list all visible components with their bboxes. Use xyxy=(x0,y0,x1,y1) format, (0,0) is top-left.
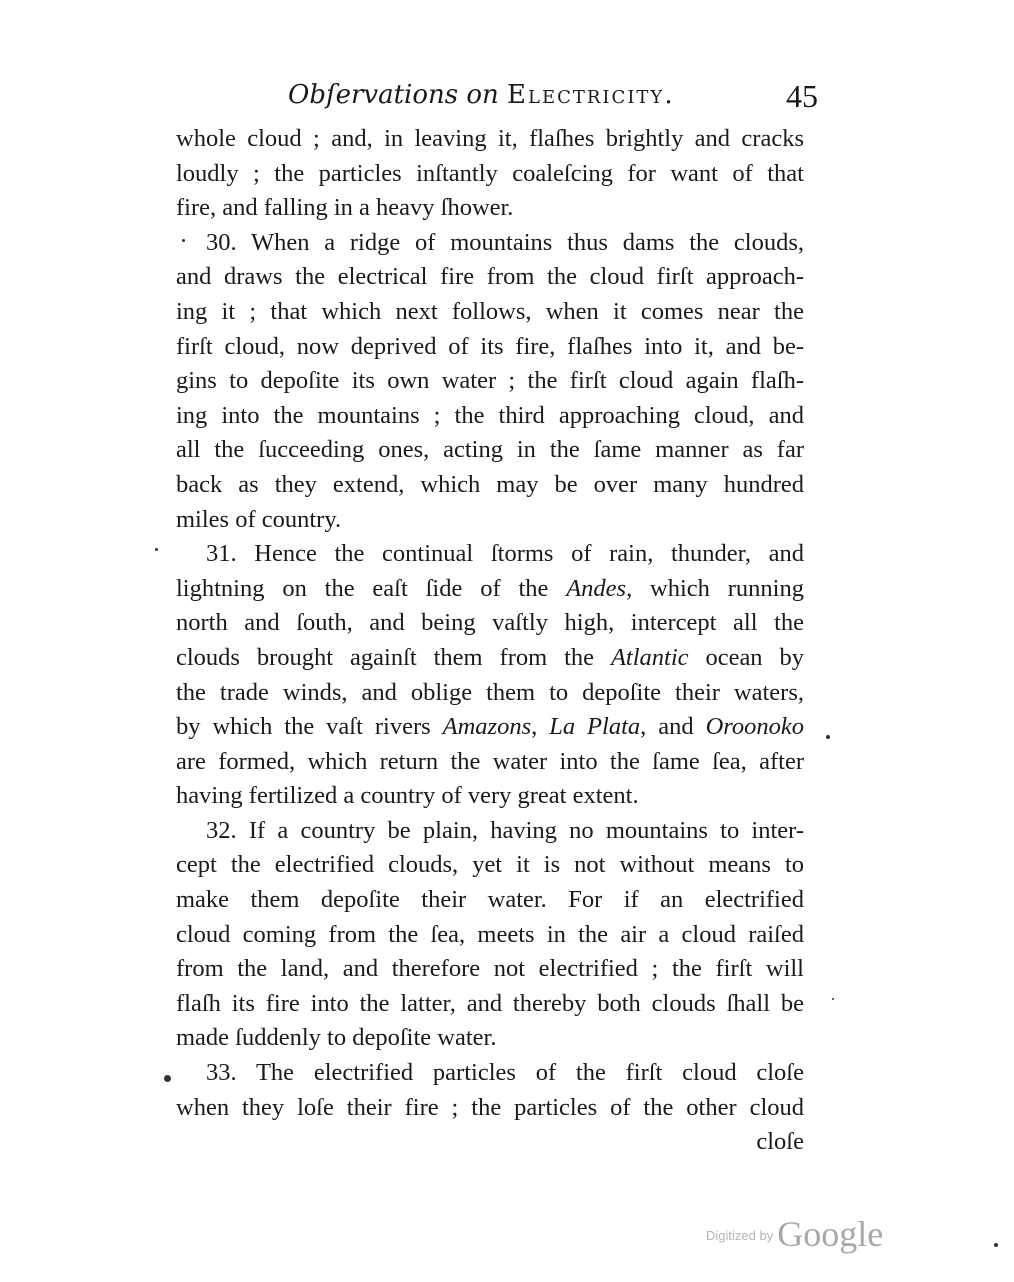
text-line: and draws the electrical fire from the c… xyxy=(176,260,804,295)
google-logo: Google xyxy=(777,1214,883,1254)
book-page: Obſervations on Electricity. 45 whole cl… xyxy=(0,0,1014,1282)
text-line: by which the vaſt rivers Amazons, La Pla… xyxy=(176,710,804,745)
text-line: made ſuddenly to depoſite water. xyxy=(176,1021,804,1056)
text-span: by which the vaſt rivers xyxy=(176,713,443,740)
text-line: flaſh its fire into the latter, and ther… xyxy=(176,987,804,1022)
text-line: having fertilized a country of very grea… xyxy=(176,779,804,814)
text-span: , and xyxy=(640,713,705,740)
text-span: ocean by xyxy=(689,644,804,671)
text-line: back as they extend, which may be over m… xyxy=(176,468,804,503)
running-title: Obſervations on Electricity. xyxy=(288,80,675,110)
text-line: ing into the mountains ; the third appro… xyxy=(176,399,804,434)
paragraph-32-start: 32. If a country be plain, having no mou… xyxy=(176,814,804,849)
text-line: firſt cloud, now deprived of its fire, f… xyxy=(176,330,804,365)
text-line: make them depoſite their water. For if a… xyxy=(176,883,804,918)
place-name-atlantic: Atlantic xyxy=(611,644,689,671)
text-line: lightning on the eaſt ſide of the Andes,… xyxy=(176,572,804,607)
text-line: the trade winds, and oblige them to depo… xyxy=(176,676,804,711)
text-span: lightning on the eaſt ſide of the xyxy=(176,575,566,602)
text-line: are formed, which return the water into … xyxy=(176,745,804,780)
scan-speck xyxy=(155,548,158,551)
river-name-amazons: Amazons xyxy=(443,713,531,740)
catchword: cloſe xyxy=(176,1125,804,1160)
text-span: , xyxy=(531,713,549,740)
scan-speck xyxy=(994,1243,998,1247)
text-line: cloud coming from the ſea, meets in the … xyxy=(176,918,804,953)
text-line: all the ſucceeding ones, acting in the ſ… xyxy=(176,433,804,468)
text-line: from the land, and therefore not electri… xyxy=(176,952,804,987)
digitized-label: Digitized by xyxy=(706,1228,773,1243)
page-header: Obſervations on Electricity. 45 xyxy=(288,80,818,120)
text-line: north and ſouth, and being vaſtly high, … xyxy=(176,606,804,641)
page-number: 45 xyxy=(786,78,818,115)
paragraph-30-start: 30. When a ridge of mountains thus dams … xyxy=(176,226,804,261)
text-line: miles of country. xyxy=(176,503,804,538)
river-name-oroonoko: Oroonoko xyxy=(706,713,804,740)
paragraph-33-start: 33. The electrified particles of the fir… xyxy=(176,1056,804,1091)
running-title-italic: Obſervations on xyxy=(288,80,499,110)
text-span: , which running xyxy=(626,575,804,602)
scan-speck xyxy=(826,735,830,739)
text-line: gins to depoſite its own water ; the fir… xyxy=(176,364,804,399)
running-title-caps: Electricity. xyxy=(507,80,675,110)
paragraph-31-start: 31. Hence the continual ſtorms of rain, … xyxy=(176,537,804,572)
river-name-la-plata: La Plata xyxy=(549,713,640,740)
scan-speck xyxy=(164,1075,171,1082)
text-line: clouds brought againſt them from the Atl… xyxy=(176,641,804,676)
place-name-andes: Andes xyxy=(566,575,626,602)
text-line: loudly ; the particles inſtantly coaleſc… xyxy=(176,157,804,192)
text-span: clouds brought againſt them from the xyxy=(176,644,611,671)
body-text: whole cloud ; and, in leaving it, flaſhe… xyxy=(176,122,804,1160)
scan-speck xyxy=(832,998,834,1000)
text-line: fire, and falling in a heavy ſhower. xyxy=(176,191,804,226)
text-line: ing it ; that which next follows, when i… xyxy=(176,295,804,330)
scan-speck xyxy=(182,239,185,242)
text-line: when they loſe their fire ; the particle… xyxy=(176,1091,804,1126)
text-line: cept the electrified clouds, yet it is n… xyxy=(176,848,804,883)
text-line: whole cloud ; and, in leaving it, flaſhe… xyxy=(176,122,804,157)
digitized-by-google-watermark: Digitized by Google xyxy=(706,1213,883,1255)
